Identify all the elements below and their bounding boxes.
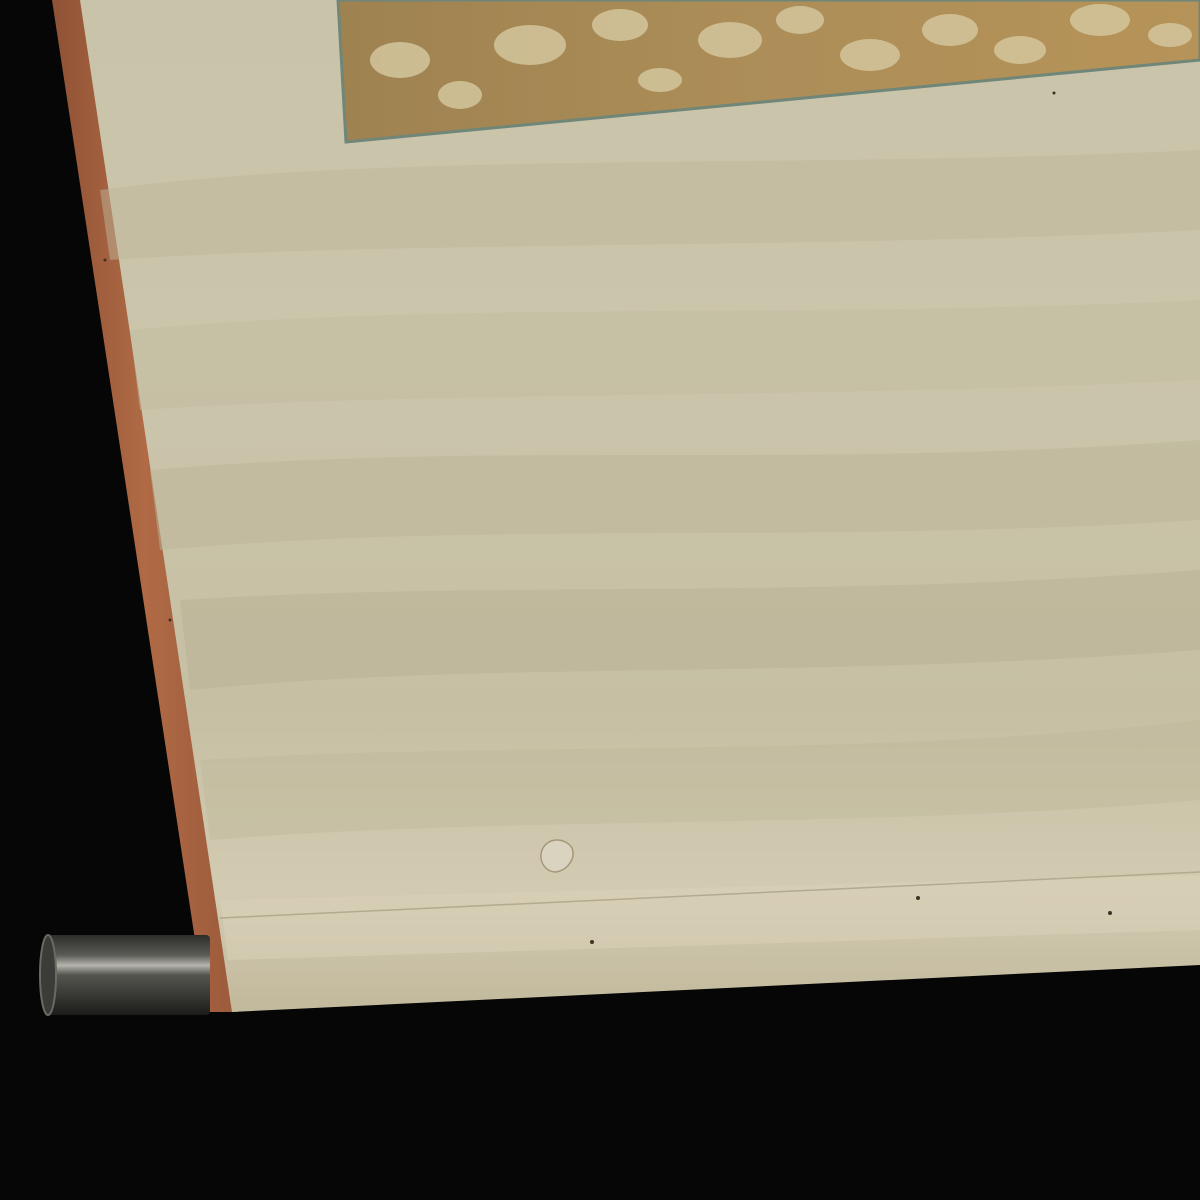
hanging-scroll-photo (0, 0, 1200, 1200)
scroll-roller-end (40, 935, 210, 1015)
photo-background (0, 0, 1200, 1200)
